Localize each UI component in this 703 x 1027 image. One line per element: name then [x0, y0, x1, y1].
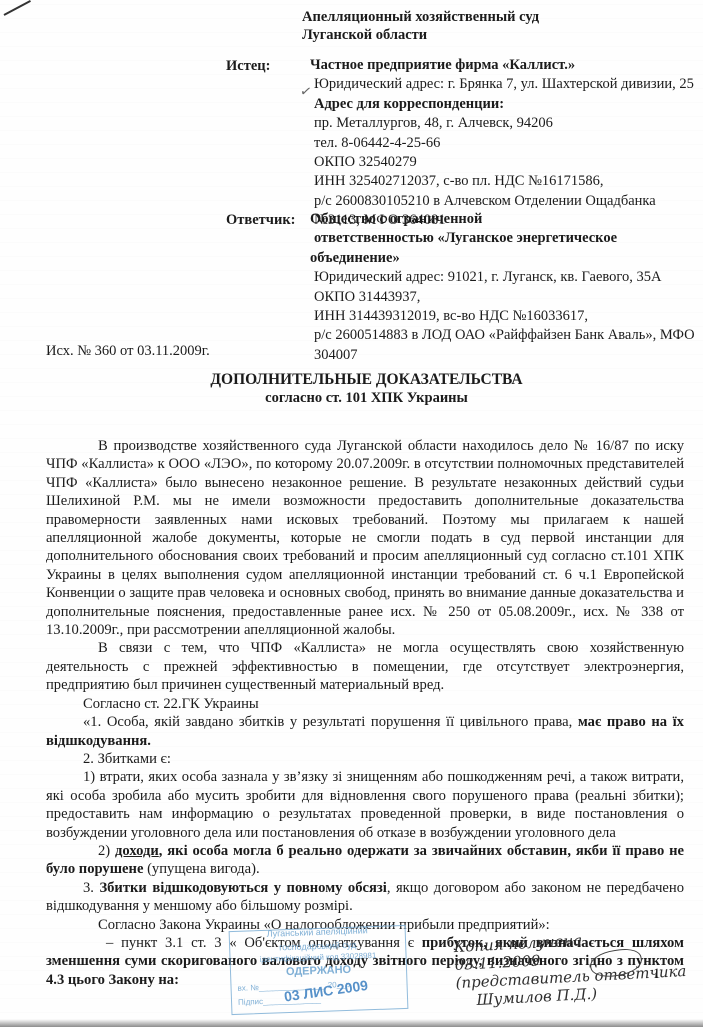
- document-page: ✓ Апелляционный хозяйственный суд Луганс…: [0, 0, 703, 1027]
- plaintiff-corr-heading: Адрес для корреспонденции:: [310, 95, 694, 114]
- plaintiff-label: Истец:: [226, 58, 270, 75]
- page-number: 1: [653, 966, 660, 983]
- paragraph-4: «1. Особа, якій завдано збитків у резуль…: [46, 713, 684, 750]
- pen-mark: [4, 0, 31, 16]
- defendant-name-1: Общество с ограниченной: [310, 210, 695, 229]
- defendant-inn: ИНН 314439312019, вс-во НДС №16033617,: [310, 307, 695, 326]
- defendant-name-2: ответственностью «Луганское энергетическ…: [310, 229, 695, 248]
- plaintiff-corr-address: пр. Металлургов, 48, г. Алчевск, 94206: [310, 114, 694, 133]
- defendant-okpo: ОКПО 31443937,: [310, 288, 695, 307]
- plaintiff-name: Частное предприятие фирма «Каллист.»: [310, 56, 694, 75]
- plaintiff-inn: ИНН 325402712037, с-во пл. НДС №16171586…: [310, 172, 694, 191]
- defendant-block: Общество с ограниченной ответственностью…: [310, 210, 695, 365]
- plaintiff-phone: тел. 8-06442-4-25-66: [310, 134, 694, 153]
- defendant-account: р/с 2600514883 в ЛОД ОАО «Райффайзен Бан…: [310, 326, 695, 345]
- document-subtitle: согласно ст. 101 ХПК Украины: [15, 390, 703, 407]
- defendant-name-3: объединение»: [310, 249, 695, 268]
- plaintiff-legal-address: Юридический адрес: г. Брянка 7, ул. Шахт…: [310, 75, 694, 94]
- paragraph-1: В производстве хозяйственного суда Луган…: [46, 437, 684, 639]
- plaintiff-account: р/с 2600830105210 в Алчевском Отделении …: [310, 192, 694, 211]
- paragraph-5: 2. Збитками є:: [46, 750, 684, 768]
- paragraph-2: В связи с тем, что ЧПФ «Каллиста» не мог…: [46, 639, 684, 694]
- defendant-label: Ответчик:: [226, 212, 296, 229]
- plaintiff-okpo: ОКПО 32540279: [310, 153, 694, 172]
- paragraph-6: 1) втрати, яких особа зазнала у зв’язку …: [46, 768, 684, 842]
- received-stamp: Луганський апеляційний господарський суд…: [229, 925, 409, 1015]
- document-title: ДОПОЛНИТЕЛЬНЫЕ ДОКАЗАТЕЛЬСТВА: [15, 371, 703, 389]
- court-addressee: Апелляционный хозяйственный суд Луганско…: [302, 8, 539, 44]
- plaintiff-block: Частное предприятие фирма «Каллист.» Юри…: [310, 56, 694, 231]
- outgoing-number: Исх. № 360 от 03.11.2009г.: [46, 343, 210, 360]
- paragraph-8: 3. Збитки відшкодовуються у повному обся…: [46, 879, 684, 916]
- paragraph-3: Согласно ст. 22.ГК Украины: [46, 695, 684, 713]
- defendant-mfo: 304007: [310, 346, 695, 365]
- document-body: В производстве хозяйственного суда Луган…: [46, 437, 684, 989]
- page-edge: [0, 1019, 703, 1027]
- paragraph-7: 2) доходи, які особа могла б реально оде…: [46, 842, 684, 879]
- defendant-legal-address: Юридический адрес: 91021, г. Луганск, кв…: [310, 268, 695, 287]
